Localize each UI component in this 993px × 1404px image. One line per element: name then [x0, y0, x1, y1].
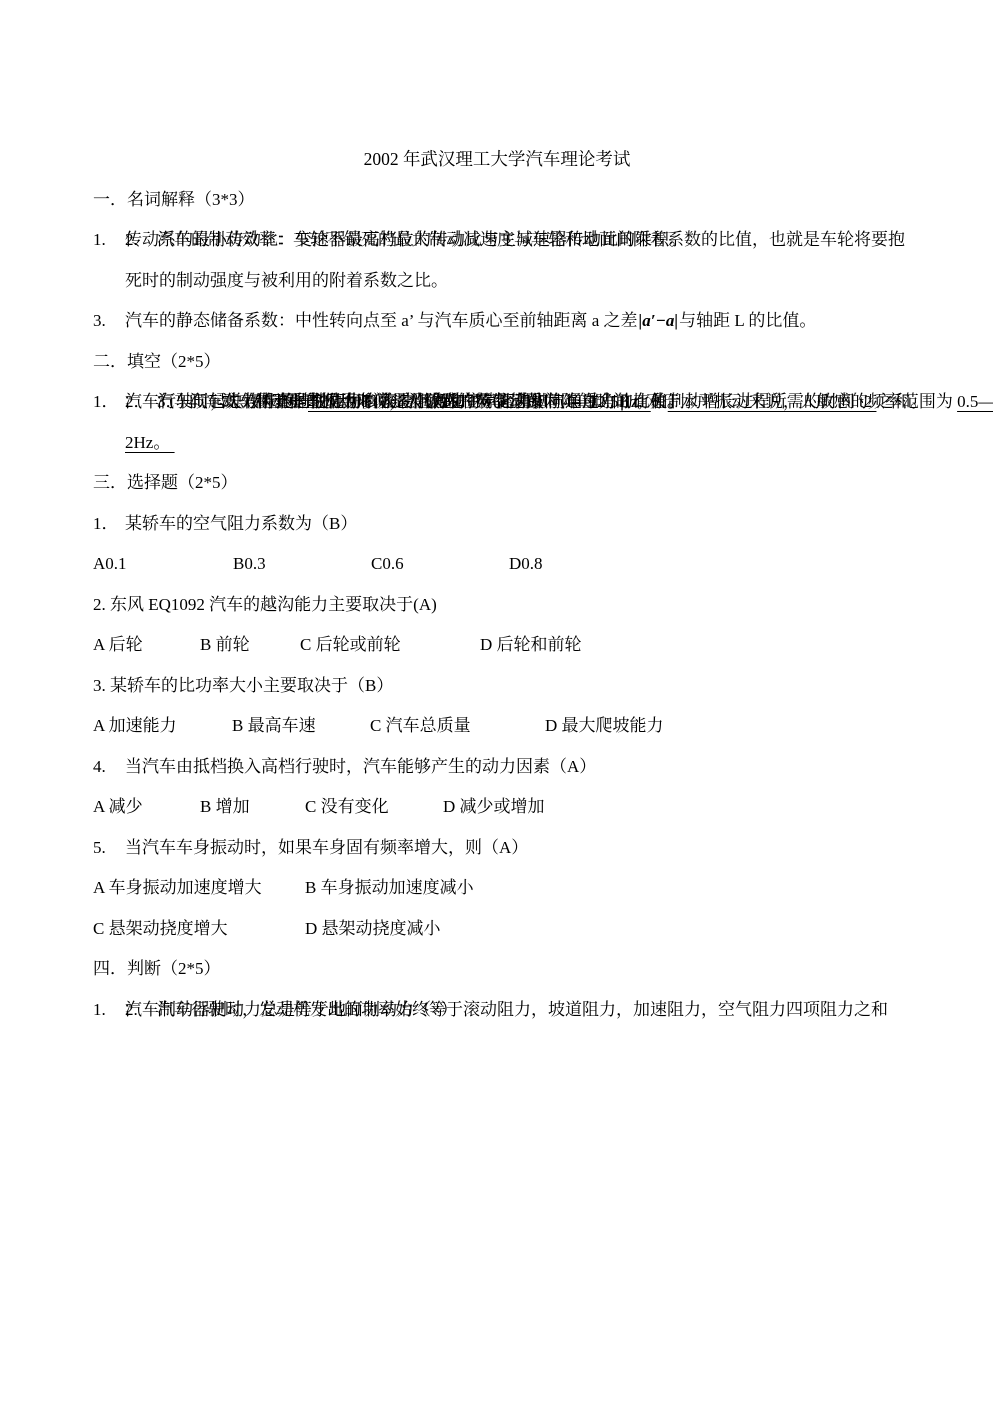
numbered-line: 4.当汽车由抵档换入高档行驶时，汽车能够产生的动力因素（A）	[93, 747, 125, 788]
section-3-heading: 三．选择题（2*5）	[93, 463, 943, 504]
options-row: A 车身振动加速度增大B 车身振动加速度减小	[93, 868, 943, 909]
item-number: 4.	[93, 747, 125, 788]
text-run: 当汽车车身振动时，如果车身固有频率增大，则（A）	[125, 838, 528, 857]
numbered-line: 1．汽车行驶时，总存在的行驶阻力有滚动阻力和空气阻力。	[93, 382, 125, 423]
options-row: A 后轮B 前轮C 后轮或前轮D 后轮和前轮	[93, 625, 943, 666]
option: C 后轮或前轮	[300, 625, 480, 666]
item-number: 1.	[93, 990, 125, 1031]
option: A 后轮	[93, 625, 200, 666]
item-number: 1．	[93, 382, 125, 423]
text-run: 对于垂直振动来说，人敏感的频率范围为	[253, 392, 563, 411]
option: B 最高车速	[232, 706, 370, 747]
options-row: A 减少B 增加C 没有变化D 减少或增加	[93, 787, 943, 828]
text-run: 汽车的静态储备系数：中性转向点至 a’ 与汽车质心至前轴距离 a 之差	[125, 311, 638, 330]
numbered-line: 2.汽车行驶时，发动机发出的功率始终等于滚动阻力，坡道阻力，加速阻力，空气阻力四…	[125, 990, 157, 1031]
option: B 增加	[200, 787, 305, 828]
item-number: 3.	[93, 301, 125, 342]
section-4-heading: 四．判断（2*5）	[93, 949, 943, 990]
item-number: 2.	[125, 220, 157, 261]
text-run: 与轴距 L 的比值。	[679, 311, 816, 330]
doc-title: 2002 年武汉理工大学汽车理论考试	[72, 139, 922, 180]
option: D 后轮和前轮	[480, 625, 582, 666]
text-run: 4—12.5Hz,	[563, 392, 642, 411]
options-row: A 加速能力B 最高车速C 汽车总质量D 最大爬坡能力	[93, 706, 943, 747]
item-number: 5.	[93, 828, 125, 869]
document-content: 2002 年武汉理工大学汽车理论考试一．名词解释（3*3）1.传动系的最小传动比…	[0, 0, 993, 1030]
item-number: 1.	[93, 220, 125, 261]
text-run: 一．名词解释（3*3）	[93, 190, 255, 209]
option: D 减少或增加	[443, 787, 545, 828]
option: D0.8	[509, 544, 543, 585]
option: A0.1	[93, 544, 233, 585]
numbered-line: 3.汽车的静态储备系数：中性转向点至 a’ 与汽车质心至前轴距离 a 之差|a′…	[93, 301, 125, 342]
option: B 车身振动加速度减小	[305, 868, 474, 909]
document-page: 2002 年武汉理工大学汽车理论考试一．名词解释（3*3）1.传动系的最小传动比…	[0, 0, 993, 1030]
option: D 悬架动挠度减小	[305, 909, 441, 950]
item-number: 5．	[221, 382, 253, 423]
text-run: 3. 某轿车的比功率大小主要取决于（B）	[93, 676, 393, 695]
item-number: 2.	[125, 990, 157, 1031]
option: B 前轮	[200, 625, 300, 666]
options-row: A0.1B0.3C0.6D0.8	[93, 544, 943, 585]
continuation-line: 死时的制动强度与被利用的附着系数之比。	[93, 261, 943, 302]
text-run: 四．判断（2*5）	[93, 959, 221, 978]
text-run: 死时的制动强度与被利用的附着系数之比。	[125, 271, 448, 290]
section-2-heading: 二．填空（2*5）	[93, 342, 943, 383]
option: A 加速能力	[93, 706, 232, 747]
numbered-line: 1.汽车制动器制动力总是等于地面制动力（×）	[93, 990, 125, 1031]
text-run: 对于水平振动来说，人敏感的频率范围为	[643, 392, 958, 411]
item-number: 2．	[125, 382, 157, 423]
numbered-line: 4．汽车制动器的作用时间是消除蹄片与制动鼓间隙的时间 t1 和制动增长过程所需的…	[189, 382, 221, 423]
option: C 悬架动挠度增大	[93, 909, 305, 950]
option: C 汽车总质量	[370, 706, 545, 747]
option: A 减少	[93, 787, 200, 828]
text-run: 0.5—	[957, 392, 993, 411]
option: D 最大爬坡能力	[545, 706, 664, 747]
numbered-line: 5.当汽车车身振动时，如果车身固有频率增大，则（A）	[93, 828, 125, 869]
numbered-line: 5．对于垂直振动来说，人敏感的频率范围为 4—12.5Hz, 对于水平振动来说，…	[221, 382, 253, 423]
option: C 没有变化	[305, 787, 443, 828]
section-1-heading: 一．名词解释（3*3）	[93, 180, 943, 221]
numbered-line: 1．某轿车的空气阻力系数为（B）	[93, 504, 125, 545]
item-number: 3．	[157, 382, 189, 423]
numbered-line: 3．汽车动力因素是驱动力 Ft 与空气阻力 Fw 之差和汽车重力的比值。	[157, 382, 189, 423]
option: C0.6	[371, 544, 509, 585]
option: B0.3	[233, 544, 371, 585]
numbered-line: 2．汽车顶起失效与通过性几何参数最小离地间隙 h 和纵向通过角 β 有关。	[125, 382, 157, 423]
text-line: 2. 东风 EQ1092 汽车的越沟能力主要取决于(A)	[93, 585, 943, 626]
numbered-line: 1.传动系的最小传动比：变速器最高档位的传动比与主减速器传动比的乘积。	[93, 220, 125, 261]
text-run: 2. 东风 EQ1092 汽车的越沟能力主要取决于(A)	[93, 595, 437, 614]
item-number: 1．	[93, 504, 125, 545]
numbered-line: 2.汽车的制动效率：车轮不锁死的最大制动减速度与车轮和地面间附着系数的比值，也就…	[125, 220, 157, 261]
item-number: 4．	[189, 382, 221, 423]
formula: |a′−a|	[638, 311, 680, 330]
text-run: 汽车的制动效率：车轮不锁死的最大制动减速度与车轮和地面间附着系数的比值，也就是车…	[157, 230, 905, 249]
text-run: 某轿车的空气阻力系数为（B）	[125, 514, 357, 533]
options-row: C 悬架动挠度增大D 悬架动挠度减小	[93, 909, 943, 950]
text-run: 二．填空（2*5）	[93, 352, 221, 371]
continuation-line: 2Hz。	[93, 423, 943, 464]
option: A 车身振动加速度增大	[93, 868, 305, 909]
text-run: 当汽车由抵档换入高档行驶时，汽车能够产生的动力因素（A）	[125, 757, 596, 776]
text-run: 2Hz。	[125, 433, 175, 452]
text-run: 三．选择题（2*5）	[93, 473, 238, 492]
text-run: 汽车行驶时，发动机发出的功率始终等于滚动阻力，坡道阻力，加速阻力，空气阻力四项阻…	[157, 1000, 888, 1019]
text-line: 3. 某轿车的比功率大小主要取决于（B）	[93, 666, 943, 707]
